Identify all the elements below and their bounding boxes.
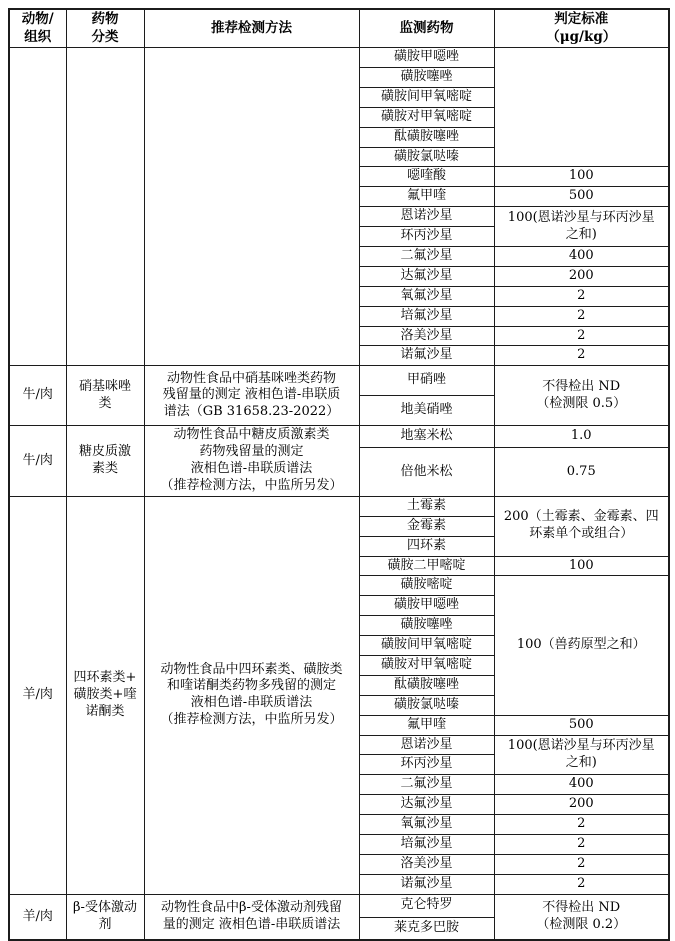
drug-cell: 恩诺沙星 <box>359 207 494 227</box>
standard-cell: 2 <box>494 326 669 346</box>
drug-cell: 氧氟沙星 <box>359 815 494 835</box>
standard-cell: 500 <box>494 715 669 735</box>
animal-cell: 羊/肉 <box>9 496 66 894</box>
animal-cell <box>9 48 66 366</box>
drug-cell: 氟甲喹 <box>359 187 494 207</box>
header-drug-class: 药物 分类 <box>66 9 144 48</box>
drug-cell: 洛美沙星 <box>359 326 494 346</box>
drug-cell: 地塞米松 <box>359 426 494 448</box>
drug-cell: 磺胺氯哒嗪 <box>359 695 494 715</box>
header-monitored-drug: 监测药物 <box>359 9 494 48</box>
drug-cell: 磺胺甲噁唑 <box>359 48 494 68</box>
drug-cell: 磺胺噻唑 <box>359 616 494 636</box>
drug-cell: 达氟沙星 <box>359 266 494 286</box>
drug-cell: 磺胺间甲氧嘧啶 <box>359 636 494 656</box>
drug-cell: 磺胺对甲氧嘧啶 <box>359 107 494 127</box>
drug-cell: 克仑特罗 <box>359 894 494 917</box>
table-header-row: 动物/ 组织 药物 分类 推荐检测方法 监测药物 判定标准 （μg/kg） <box>9 9 669 48</box>
header-method: 推荐检测方法 <box>144 9 359 48</box>
drug-cell: 环丙沙星 <box>359 755 494 775</box>
drug-cell: 洛美沙星 <box>359 854 494 874</box>
drug-cell: 恩诺沙星 <box>359 735 494 755</box>
drug-cell: 二氟沙星 <box>359 247 494 267</box>
drug-cell: 磺胺对甲氧嘧啶 <box>359 656 494 676</box>
standard-cell: 2 <box>494 874 669 894</box>
animal-cell: 牛/肉 <box>9 366 66 426</box>
standard-cell: 0.75 <box>494 448 669 496</box>
standard-cell: 不得检出 ND （检测限 0.5） <box>494 366 669 426</box>
drug-cell: 莱克多巴胺 <box>359 917 494 940</box>
drug-class-cell: β-受体激动 剂 <box>66 894 144 940</box>
drug-cell: 氧氟沙星 <box>359 286 494 306</box>
standard-cell: 1.0 <box>494 426 669 448</box>
drug-cell: 磺胺氯哒嗪 <box>359 147 494 167</box>
standard-cell: 100(恩诺沙星与环丙沙星 之和) <box>494 735 669 775</box>
standard-cell: 2 <box>494 835 669 855</box>
drug-cell: 磺胺噻唑 <box>359 67 494 87</box>
table-row: 羊/肉 四环素类+ 磺胺类+喹 诺酮类 动物性食品中四环素类、磺胺类 和喹诺酮类… <box>9 496 669 516</box>
standard-cell: 2 <box>494 346 669 366</box>
standard-cell: 不得检出 ND （检测限 0.2） <box>494 894 669 940</box>
method-cell: 动物性食品中四环素类、磺胺类 和喹诺酮类药物多残留的测定 液相色谱-串联质谱法 … <box>144 496 359 894</box>
drug-cell: 达氟沙星 <box>359 795 494 815</box>
drug-cell: 四环素 <box>359 536 494 556</box>
standard-cell: 200 <box>494 266 669 286</box>
drug-cell: 培氟沙星 <box>359 306 494 326</box>
standard-cell: 2 <box>494 854 669 874</box>
drug-cell: 噁喹酸 <box>359 167 494 187</box>
standard-cell <box>494 48 669 167</box>
standard-cell: 100 <box>494 167 669 187</box>
standard-cell: 2 <box>494 286 669 306</box>
drug-class-cell: 硝基咪唑 类 <box>66 366 144 426</box>
animal-cell: 羊/肉 <box>9 894 66 940</box>
animal-cell: 牛/肉 <box>9 426 66 497</box>
drug-class-cell: 四环素类+ 磺胺类+喹 诺酮类 <box>66 496 144 894</box>
standard-cell: 500 <box>494 187 669 207</box>
drug-cell: 金霉素 <box>359 516 494 536</box>
method-cell: 动物性食品中β-受体激动剂残留 量的测定 液相色谱-串联质谱法 <box>144 894 359 940</box>
standard-cell: 100(恩诺沙星与环丙沙星 之和) <box>494 207 669 247</box>
drug-cell: 诺氟沙星 <box>359 874 494 894</box>
drug-cell: 甲硝唑 <box>359 366 494 396</box>
method-cell: 动物性食品中硝基咪唑类药物 残留量的测定 液相色谱-串联质 谱法（GB 3165… <box>144 366 359 426</box>
standard-cell: 400 <box>494 775 669 795</box>
standard-cell: 2 <box>494 815 669 835</box>
standard-cell: 100 <box>494 556 669 576</box>
drug-residue-table: 动物/ 组织 药物 分类 推荐检测方法 监测药物 判定标准 （μg/kg） 磺胺… <box>8 8 670 941</box>
standard-cell: 400 <box>494 247 669 267</box>
drug-cell: 培氟沙星 <box>359 835 494 855</box>
drug-cell: 磺胺间甲氧嘧啶 <box>359 87 494 107</box>
table-row: 牛/肉 糖皮质激 素类 动物性食品中糖皮质激素类 药物残留量的测定 液相色谱-串… <box>9 426 669 448</box>
drug-cell: 环丙沙星 <box>359 227 494 247</box>
standard-cell: 100（兽药原型之和） <box>494 576 669 715</box>
standard-cell: 2 <box>494 306 669 326</box>
drug-cell: 酞磺胺噻唑 <box>359 675 494 695</box>
drug-cell: 诺氟沙星 <box>359 346 494 366</box>
drug-cell: 磺胺嘧啶 <box>359 576 494 596</box>
header-standard: 判定标准 （μg/kg） <box>494 9 669 48</box>
method-cell <box>144 48 359 366</box>
drug-cell: 土霉素 <box>359 496 494 516</box>
table-row: 磺胺甲噁唑 <box>9 48 669 68</box>
drug-class-cell: 糖皮质激 素类 <box>66 426 144 497</box>
standard-cell: 200 <box>494 795 669 815</box>
table-row: 牛/肉 硝基咪唑 类 动物性食品中硝基咪唑类药物 残留量的测定 液相色谱-串联质… <box>9 366 669 396</box>
drug-cell: 氟甲喹 <box>359 715 494 735</box>
drug-cell: 酞磺胺噻唑 <box>359 127 494 147</box>
method-cell: 动物性食品中糖皮质激素类 药物残留量的测定 液相色谱-串联质谱法 （推荐检测方法… <box>144 426 359 497</box>
drug-class-cell <box>66 48 144 366</box>
drug-cell: 地美硝唑 <box>359 396 494 426</box>
drug-cell: 磺胺二甲嘧啶 <box>359 556 494 576</box>
table-row: 羊/肉 β-受体激动 剂 动物性食品中β-受体激动剂残留 量的测定 液相色谱-串… <box>9 894 669 917</box>
drug-cell: 磺胺甲噁唑 <box>359 596 494 616</box>
standard-cell: 200（土霉素、金霉素、四 环素单个或组合） <box>494 496 669 556</box>
header-animal-tissue: 动物/ 组织 <box>9 9 66 48</box>
drug-cell: 二氟沙星 <box>359 775 494 795</box>
drug-cell: 倍他米松 <box>359 448 494 496</box>
